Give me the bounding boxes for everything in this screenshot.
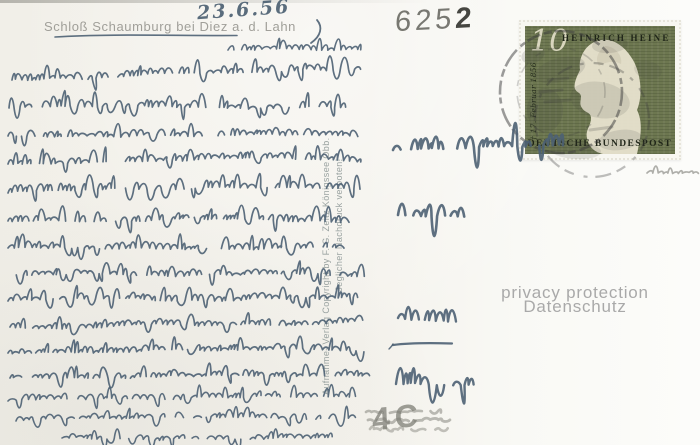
ink-handwriting-stroke (8, 385, 356, 409)
ink-handwriting-stroke (8, 146, 361, 172)
publisher-imprint: Aufnahme- Verlag Copyright by F. G. Zeit… (320, 55, 346, 395)
ink-handwriting-stroke (9, 91, 346, 120)
ink-handwriting-stroke (398, 204, 464, 236)
imprint-line-2: Jeglicher Nachdruck verboten! (333, 55, 346, 395)
ink-handwriting-stroke (389, 344, 393, 349)
stamp-country: DEUTSCHE BUNDESPOST (525, 139, 675, 149)
ink-handwriting-stroke (16, 406, 355, 427)
ink-handwriting-stroke (10, 363, 370, 388)
ink-handwriting-stroke (8, 174, 360, 201)
ink-handwriting-stroke (10, 313, 363, 335)
stamp-title: HEINRICH HEINE (562, 33, 671, 43)
pencil-bottom-note: 4C (371, 396, 423, 438)
ink-handwriting-stroke (8, 285, 358, 308)
ink-handwriting-stroke (8, 234, 344, 259)
ink-handwriting-stroke (55, 35, 237, 37)
stamp-memorial-note: † 17. Februar 1856 (529, 40, 538, 140)
printed-caption: Schloß Schaumburg bei Diez a. d. Lahn (44, 19, 296, 34)
ink-handwriting-stroke (16, 261, 364, 285)
ink-handwriting-stroke (8, 336, 364, 361)
pencil-stroke (647, 166, 698, 174)
ink-handwriting-stroke (62, 429, 332, 445)
privacy-line-de: Datenschutz (468, 300, 682, 314)
ink-handwriting-stroke (12, 56, 361, 90)
stamp-green-field: 10 HEINRICH HEINE DEUTSCHE BUNDESPOST † … (525, 26, 675, 154)
pencil-number-light-digits: 625 (394, 3, 456, 38)
imprint-line-1: Aufnahme- Verlag Copyright by F. G. Zeit… (320, 55, 333, 395)
postcard-back-scan: Schloß Schaumburg bei Diez a. d. Lahn 23… (0, 0, 700, 445)
ink-handwriting-stroke (8, 124, 358, 146)
privacy-protection-overlay: privacy protection Datenschutz (468, 286, 682, 314)
pencil-number-note: 6252 (394, 2, 476, 39)
postage-stamp: 10 HEINRICH HEINE DEUTSCHE BUNDESPOST † … (519, 20, 681, 160)
ink-handwriting-stroke (311, 20, 320, 43)
ink-handwriting-stroke (8, 205, 355, 232)
ink-handwriting-stroke (398, 307, 463, 322)
pencil-number-dark-digit: 2 (455, 2, 477, 35)
ink-handwriting-stroke (228, 38, 361, 50)
ink-handwriting-stroke (393, 343, 452, 345)
